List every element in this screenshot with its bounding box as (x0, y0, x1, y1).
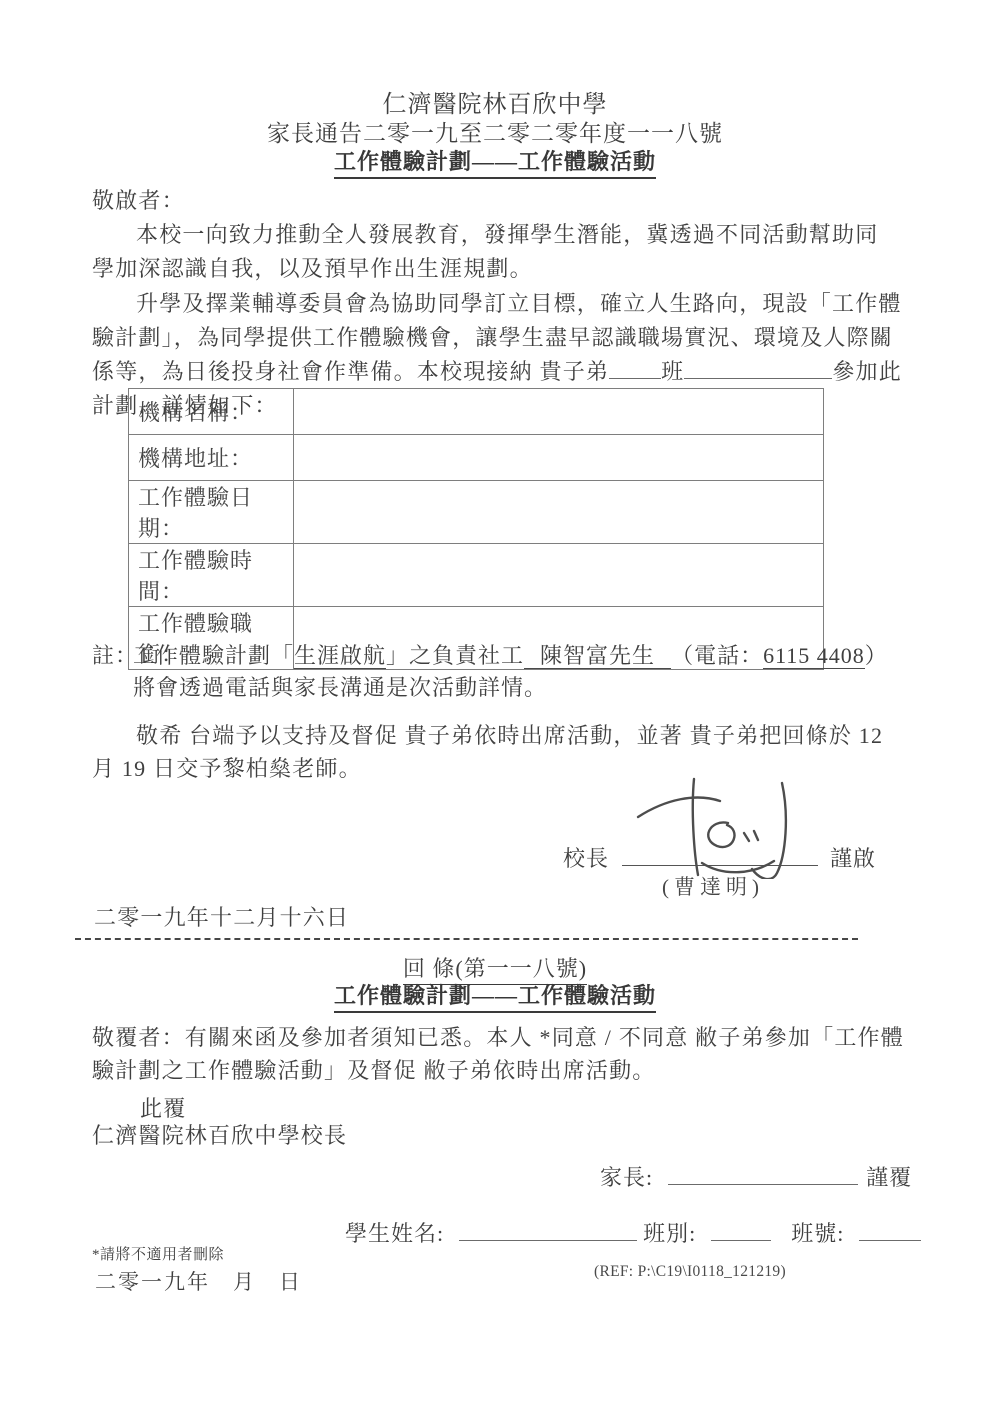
reply-slip-subtitle-text: 工作體驗計劃——工作體驗活動 (334, 979, 656, 1013)
row-label-time: 工作體驗時間： (129, 544, 294, 607)
class-number-blank (859, 1221, 921, 1241)
student-name-blank-line (684, 359, 832, 379)
cut-line (75, 938, 858, 940)
note-seg4: ） (865, 643, 888, 668)
program-name: 生涯啟航 (294, 643, 386, 669)
note-seg2: 」之負責社工 (386, 643, 524, 668)
row-label-org-name: 機構名稱： (129, 389, 294, 435)
school-name: 仁濟醫院林百欣中學 (0, 84, 990, 119)
note-block: 註： 工作體驗計劃「生涯啟航」之負責社工陳智富先生（電話：6115 4408） … (92, 640, 912, 704)
student-name-label: 學生姓名: (345, 1221, 444, 1246)
note-line2: 將會透過電話與家長溝通是次活動詳情。 (133, 675, 547, 700)
paragraph-plan-ban: 班 (661, 359, 684, 384)
paragraph-intro: 本校一向致力推動全人發展教育，發揮學生潛能，冀透過不同活動幫助同學加深認識自我，… (92, 218, 900, 286)
work-experience-details-table: 機構名稱： 機構地址： 工作體驗日期： 工作體驗時間： 工作體驗職銜： (128, 388, 824, 670)
parent-signature-blank (668, 1165, 858, 1185)
delete-inapplicable-footnote: *請將不適用者刪除 (92, 1243, 224, 1264)
row-value-org-address (294, 435, 824, 481)
table-row: 工作體驗時間： (129, 544, 824, 607)
phone-number: 6115 4408 (763, 643, 865, 669)
issue-date: 二零一九年十二月十六日 (94, 901, 349, 935)
class-blank-line (609, 359, 661, 379)
reply-body: 敬覆者：有關來函及參加者須知已悉。本人 *同意 / 不同意 敝子弟參加「工作體驗… (92, 1021, 908, 1087)
row-label-date: 工作體驗日期： (129, 481, 294, 544)
note-content: 工作體驗計劃「生涯啟航」之負責社工陳智富先生（電話：6115 4408） 將會透… (133, 640, 888, 704)
note-label: 註： (92, 640, 133, 704)
scanned-notice-document: 仁濟醫院林百欣中學 家長通告二零一九至二零二零年度一一八號 工作體驗計劃——工作… (0, 0, 990, 1401)
table-row: 機構名稱： (129, 389, 824, 435)
table-row: 機構地址： (129, 435, 824, 481)
reply-closing2: 仁濟醫院林百欣中學校長 (92, 1119, 347, 1153)
student-info-row: 學生姓名: 班別: 班號: (345, 1217, 921, 1248)
reference-code: (REF: P:\C19\I0118_121219) (594, 1263, 786, 1281)
reply-slip-subtitle: 工作體驗計劃——工作體驗活動 (0, 979, 990, 1013)
row-value-org-name (294, 389, 824, 435)
parent-closing: 謹覆 (866, 1165, 912, 1190)
principal-label: 校長 (563, 846, 609, 871)
parent-label: 家長: (600, 1165, 653, 1190)
class-number-label: 班號: (791, 1221, 844, 1246)
reply-date-blank: 二零一九年 月 日 (95, 1266, 302, 1296)
salutation: 敬啟者： (92, 184, 185, 218)
principal-signature-scribble (624, 775, 810, 879)
class-label: 班別: (643, 1221, 696, 1246)
social-worker-name: 陳智富先生 (524, 643, 671, 669)
document-title: 工作體驗計劃——工作體驗活動 (0, 145, 990, 179)
note-seg3: （電話： (671, 643, 763, 668)
row-label-org-address: 機構地址： (129, 435, 294, 481)
note-seg1: 工作體驗計劃「 (133, 643, 294, 668)
row-value-time (294, 544, 824, 607)
notice-number-line: 家長通告二零一九至二零二零年度一一八號 (0, 115, 990, 148)
student-name-blank (459, 1221, 637, 1241)
table-row: 工作體驗日期： (129, 481, 824, 544)
principal-closing: 謹啟 (830, 846, 876, 871)
signature-line (622, 843, 818, 866)
principal-signature-row: 校長 謹啟 (563, 842, 876, 873)
principal-name: (曹達明) (662, 871, 764, 901)
document-title-text: 工作體驗計劃——工作體驗活動 (334, 145, 656, 179)
class-blank (711, 1221, 771, 1241)
parent-signature-row: 家長: 謹覆 (600, 1161, 912, 1192)
row-value-date (294, 481, 824, 544)
